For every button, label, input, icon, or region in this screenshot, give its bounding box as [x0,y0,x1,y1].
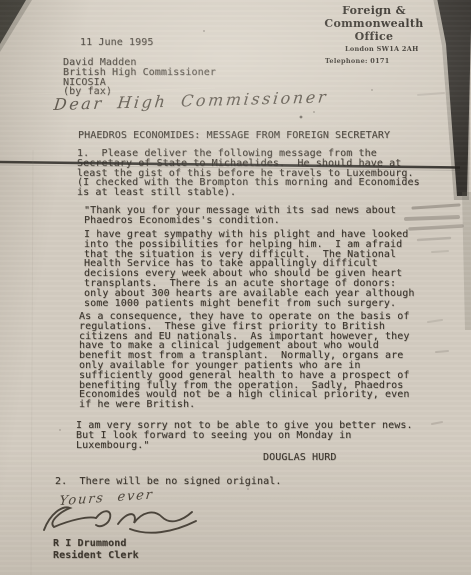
scanned-letter-page: Foreign & Commonwealth Office London SW1… [0,0,471,575]
letterhead-org-line: Office [303,30,445,43]
letterhead-address: London SW1A 2AH [330,45,445,53]
paragraph-2: "Thank you for your message with its sad… [84,206,396,226]
date-line: 11 June 1995 [80,38,153,48]
paragraph-5: I am very sorry not to be able to give y… [76,421,413,450]
letterhead-org: Foreign & Commonwealth Office [303,4,445,43]
signoff-douglas-hurd: DOUGLAS HURD [263,453,336,463]
letterhead-org-line: Commonwealth [303,17,445,30]
subject-line: PHAEDROS ECONOMIDES: MESSAGE FROM FOREIG… [78,131,390,141]
paragraph-6-no-original: 2. There will be no signed original. [55,477,281,487]
letterhead-telephone: Telephone: 0171 [325,57,425,65]
signature-scrawl [30,500,210,548]
paragraph-1: 1. Please deliver the following message … [77,149,420,198]
sender-title: Resident Clerk [53,551,139,561]
page-corner-shadow [0,0,26,44]
letterhead-org-line: Foreign & [303,4,445,17]
paragraph-3: I have great sympathy with his plight an… [84,230,415,308]
paragraph-4: As a consequence, they have to operate o… [79,312,410,410]
